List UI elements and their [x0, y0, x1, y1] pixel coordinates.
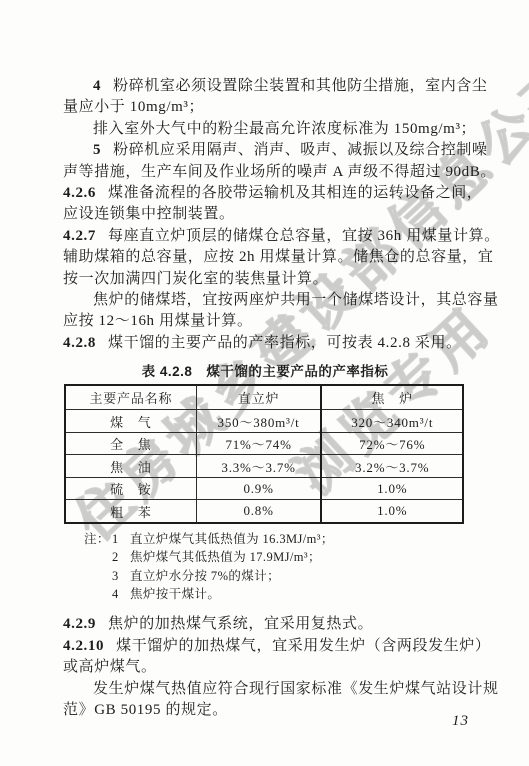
clause-4-2-6-line: 应设连锁集中控制装置。 — [63, 204, 467, 225]
table-cell: 硫 铵 — [65, 477, 196, 500]
note-text: 焦炉煤气其低热值为 17.9MJ/m³； — [130, 548, 321, 566]
table-cell: 320～340m³/t — [321, 410, 463, 433]
line-text: 每座直立炉顶层的储煤仓总容量，宜按 36h 用煤量计算。 — [108, 228, 500, 244]
list-number: 5 — [93, 142, 101, 158]
clause-4-2-8-line: 4.2.8煤干馏的主要产品的产率指标，可按表 4.2.8 采用。 — [63, 333, 467, 354]
list-number: 4 — [93, 78, 101, 94]
table-header-row: 主要产品名称 直立炉 焦 炉 — [65, 385, 463, 410]
clause-number: 4.2.8 — [63, 335, 96, 351]
clauses-after-table: 4.2.9焦炉的加热煤气系统，宜采用复热式。 4.2.10煤干馏炉的加热煤气，宜… — [63, 614, 467, 721]
table-cell: 71%～74% — [196, 432, 321, 455]
line-text: 按一次加满四门炭化室的装焦量计算。 — [63, 271, 328, 287]
document-page: 住房城乡建设部信息公开 浏览专用 4粉碎机室必须设置除尘装置和其他防尘措施，室内… — [0, 0, 529, 766]
line-text: 或高炉煤气。 — [63, 659, 157, 675]
clause-4-2-7-line: 辅助煤箱的总容量，应按 2h 用煤量计算。储焦仓的总容量，宜 — [63, 247, 467, 268]
clause-number: 4.2.7 — [63, 228, 96, 244]
clause-4-2-10-line: 4.2.10煤干馏炉的加热煤气，宜采用发生炉（含两段发生炉） — [63, 636, 467, 657]
line-text: 粉碎机应采用隔声、消声、吸声、减振以及综合控制噪 — [113, 142, 487, 158]
clause-4-2-6-line: 4.2.6煤准备流程的各胶带运输机及其相连的运转设备之间， — [63, 183, 467, 204]
clause-4-2-7-line: 焦炉的储煤塔，宜按两座炉共用一个储煤塔设计，其总容量 — [63, 290, 467, 311]
line-text: 粉碎机室必须设置除尘装置和其他防尘措施，室内含尘 — [113, 78, 487, 94]
page-number: 13 — [452, 713, 469, 730]
table-row: 全 焦 71%～74% 72%～76% — [65, 432, 463, 455]
table-cell: 0.9% — [196, 477, 321, 500]
item-4-line: 排入室外大气中的粉尘最高允许浓度标准为 150mg/m³； — [63, 119, 467, 140]
note-text: 直立炉水分按 7%的煤计； — [130, 567, 280, 585]
table-cell: 350～380m³/t — [196, 410, 321, 433]
line-text: 煤干馏的主要产品的产率指标，可按表 4.2.8 采用。 — [108, 335, 462, 351]
table-cell: 煤 气 — [65, 410, 196, 433]
line-text: 煤干馏炉的加热煤气，宜采用发生炉（含两段发生炉） — [116, 638, 490, 654]
page-content: 4粉碎机室必须设置除尘装置和其他防尘措施，室内含尘 量应小于 10mg/m³； … — [63, 76, 467, 721]
clause-number: 4.2.9 — [63, 616, 96, 632]
table-cell: 0.8% — [196, 500, 321, 523]
line-text: 应按 12～16h 用煤量计算。 — [63, 313, 253, 329]
table-notes: 注： 1 直立炉煤气其低热值为 16.3MJ/m³； 2 焦炉煤气其低热值为 1… — [63, 530, 467, 604]
table-cell: 粗 苯 — [65, 500, 196, 523]
note-number: 4 — [112, 585, 130, 603]
table-cell: 1.0% — [321, 477, 463, 500]
clause-number: 4.2.10 — [63, 638, 104, 654]
line-text: 声等措施，生产车间及作业场所的噪声 A 声级不得超过 90dB。 — [63, 164, 496, 180]
item-5-line: 5粉碎机应采用隔声、消声、吸声、减振以及综合控制噪 — [63, 140, 467, 161]
item-4-line: 4粉碎机室必须设置除尘装置和其他防尘措施，室内含尘 — [63, 76, 467, 97]
clause-4-2-7-line: 应按 12～16h 用煤量计算。 — [63, 311, 467, 332]
item-5-line: 声等措施，生产车间及作业场所的噪声 A 声级不得超过 90dB。 — [63, 162, 467, 183]
clause-number: 4.2.6 — [63, 185, 96, 201]
table-4-2-8: 主要产品名称 直立炉 焦 炉 煤 气 350～380m³/t 320～340m³… — [64, 384, 464, 524]
clause-4-2-10-line: 发生炉煤气热值应符合现行国家标准《发生炉煤气站设计规 — [63, 679, 467, 700]
item-4-line: 量应小于 10mg/m³； — [63, 97, 467, 118]
line-text: 发生炉煤气热值应符合现行国家标准《发生炉煤气站设计规 — [93, 681, 499, 697]
table-row: 煤 气 350～380m³/t 320～340m³/t — [65, 410, 463, 433]
table-title: 表 4.2.8 煤干馏的主要产品的产率指标 — [63, 360, 467, 380]
note-number: 1 — [112, 530, 130, 548]
table-cell: 72%～76% — [321, 432, 463, 455]
note-item: 3 直立炉水分按 7%的煤计； — [84, 567, 467, 585]
clause-4-2-7-line: 4.2.7每座直立炉顶层的储煤仓总容量，宜按 36h 用煤量计算。 — [63, 226, 467, 247]
clause-4-2-10-line: 范》GB 50195 的规定。 — [63, 700, 467, 721]
table-cell: 焦 油 — [65, 455, 196, 478]
line-text: 焦炉的加热煤气系统，宜采用复热式。 — [108, 616, 373, 632]
notes-label: 注： — [84, 530, 112, 548]
table-cell: 3.3%～3.7% — [196, 455, 321, 478]
clause-4-2-7-line: 按一次加满四门炭化室的装焦量计算。 — [63, 269, 467, 290]
table-row: 焦 油 3.3%～3.7% 3.2%～3.7% — [65, 455, 463, 478]
line-text: 量应小于 10mg/m³； — [63, 99, 204, 115]
line-text: 范》GB 50195 的规定。 — [63, 702, 228, 718]
note-number: 3 — [112, 567, 130, 585]
line-text: 排入室外大气中的粉尘最高允许浓度标准为 150mg/m³； — [93, 121, 476, 137]
note-item: 注： 1 直立炉煤气其低热值为 16.3MJ/m³； — [84, 530, 467, 548]
table-header-cell: 主要产品名称 — [65, 385, 196, 410]
table-cell: 全 焦 — [65, 432, 196, 455]
clause-4-2-9-line: 4.2.9焦炉的加热煤气系统，宜采用复热式。 — [63, 614, 467, 635]
line-text: 煤准备流程的各胶带运输机及其相连的运转设备之间， — [108, 185, 482, 201]
table-cell: 1.0% — [321, 500, 463, 523]
note-text: 焦炉按干煤计。 — [130, 585, 220, 603]
note-number: 2 — [112, 548, 130, 566]
table-header-cell: 直立炉 — [196, 385, 321, 410]
line-text: 焦炉的储煤塔，宜按两座炉共用一个储煤塔设计，其总容量 — [93, 292, 499, 308]
line-text: 应设连锁集中控制装置。 — [63, 206, 235, 222]
note-item: 4 焦炉按干煤计。 — [84, 585, 467, 603]
note-item: 2 焦炉煤气其低热值为 17.9MJ/m³； — [84, 548, 467, 566]
line-text: 辅助煤箱的总容量，应按 2h 用煤量计算。储焦仓的总容量，宜 — [63, 249, 494, 265]
note-text: 直立炉煤气其低热值为 16.3MJ/m³； — [130, 530, 334, 548]
table-cell: 3.2%～3.7% — [321, 455, 463, 478]
table-header-cell: 焦 炉 — [321, 385, 463, 410]
table-row: 粗 苯 0.8% 1.0% — [65, 500, 463, 523]
clause-4-2-10-line: 或高炉煤气。 — [63, 657, 467, 678]
table-row: 硫 铵 0.9% 1.0% — [65, 477, 463, 500]
